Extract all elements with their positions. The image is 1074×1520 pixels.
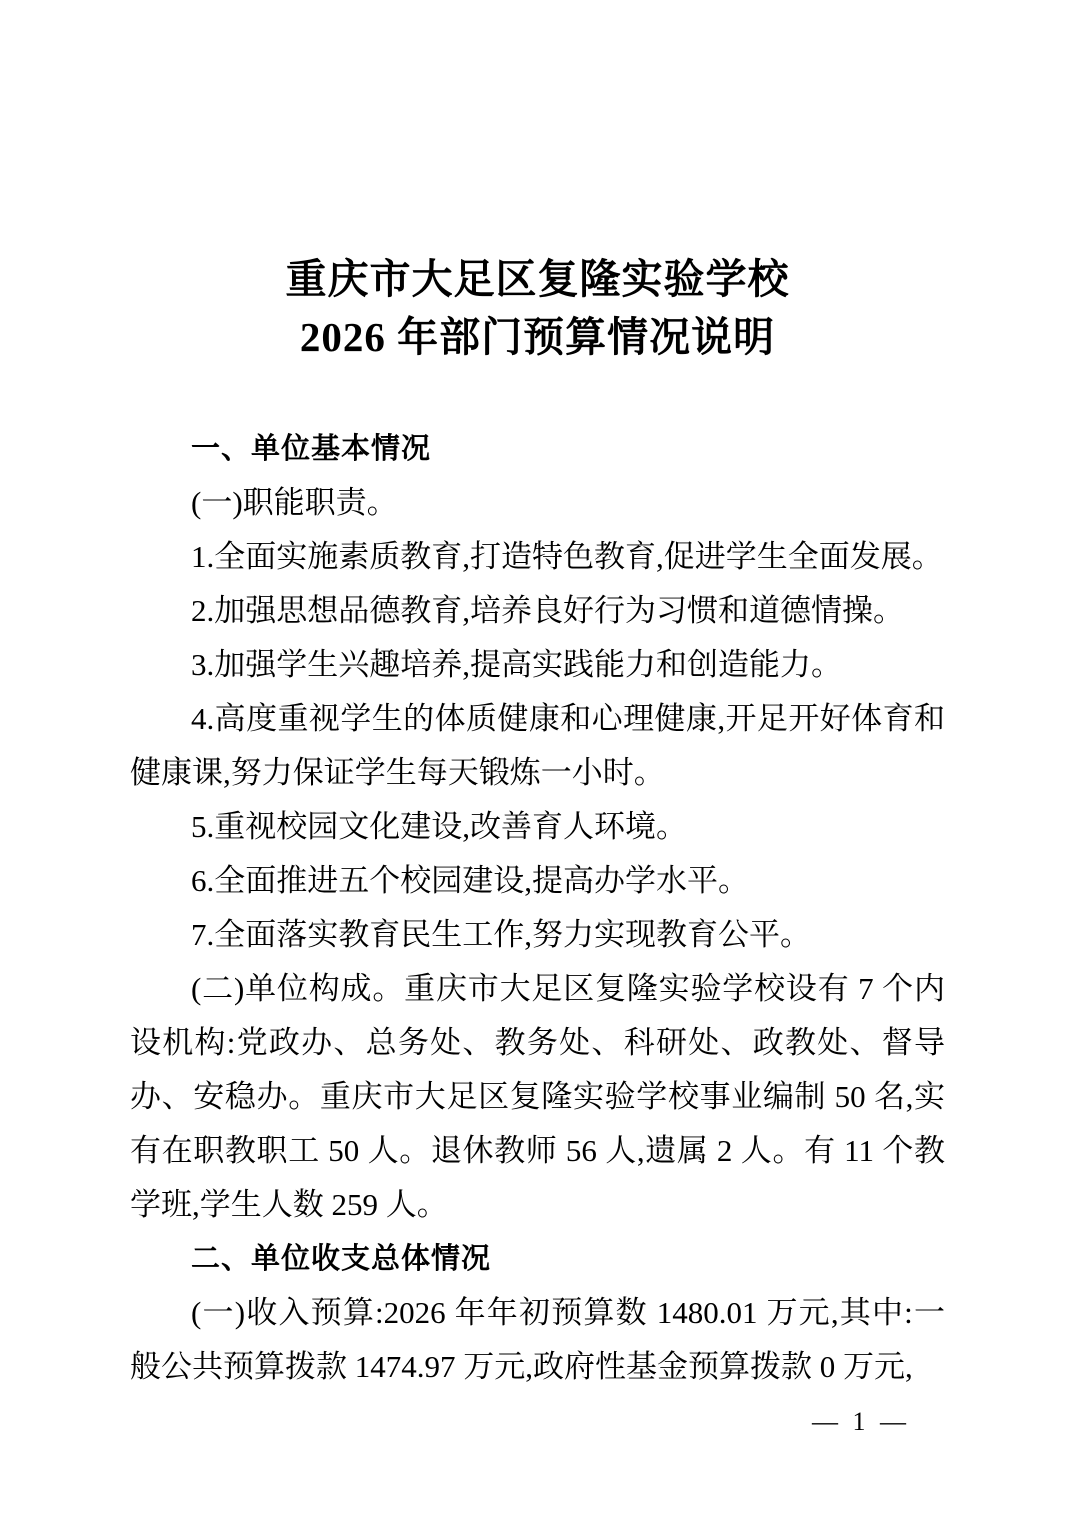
duty-item-1: 1.全面实施素质教育,打造特色教育,促进学生全面发展。 [130,530,945,584]
document-page: 重庆市大足区复隆实验学校 2026 年部门预算情况说明 一、单位基本情况 (一)… [0,0,1074,1520]
duty-item-4: 4.高度重视学生的体质健康和心理健康,开足开好体育和健康课,努力保证学生每天锻炼… [130,692,945,800]
document-title: 重庆市大足区复隆实验学校 2026 年部门预算情况说明 [130,250,945,366]
section-basic-info: 一、单位基本情况 (一)职能职责。 1.全面实施素质教育,打造特色教育,促进学生… [130,422,945,1232]
duty-item-2: 2.加强思想品德教育,培养良好行为习惯和道德情操。 [130,584,945,638]
title-line-2: 2026 年部门预算情况说明 [130,308,945,366]
section-1-heading: 一、单位基本情况 [130,422,945,476]
duty-item-6: 6.全面推进五个校园建设,提高办学水平。 [130,854,945,908]
duty-item-3: 3.加强学生兴趣培养,提高实践能力和创造能力。 [130,638,945,692]
title-line-1: 重庆市大足区复隆实验学校 [130,250,945,308]
document-content: 重庆市大足区复隆实验学校 2026 年部门预算情况说明 一、单位基本情况 (一)… [0,250,1074,1394]
duty-item-5: 5.重视校园文化建设,改善育人环境。 [130,800,945,854]
income-budget-paragraph: (一)收入预算:2026 年年初预算数 1480.01 万元,其中:一般公共预算… [130,1286,945,1394]
section-budget-overview: 二、单位收支总体情况 (一)收入预算:2026 年年初预算数 1480.01 万… [130,1232,945,1394]
unit-composition-paragraph: (二)单位构成。重庆市大足区复隆实验学校设有 7 个内设机构:党政办、总务处、教… [130,962,945,1232]
section-2-heading: 二、单位收支总体情况 [130,1232,945,1286]
page-number: — 1 — [812,1406,910,1438]
subsection-duties-heading: (一)职能职责。 [130,476,945,530]
duty-item-7: 7.全面落实教育民生工作,努力实现教育公平。 [130,908,945,962]
